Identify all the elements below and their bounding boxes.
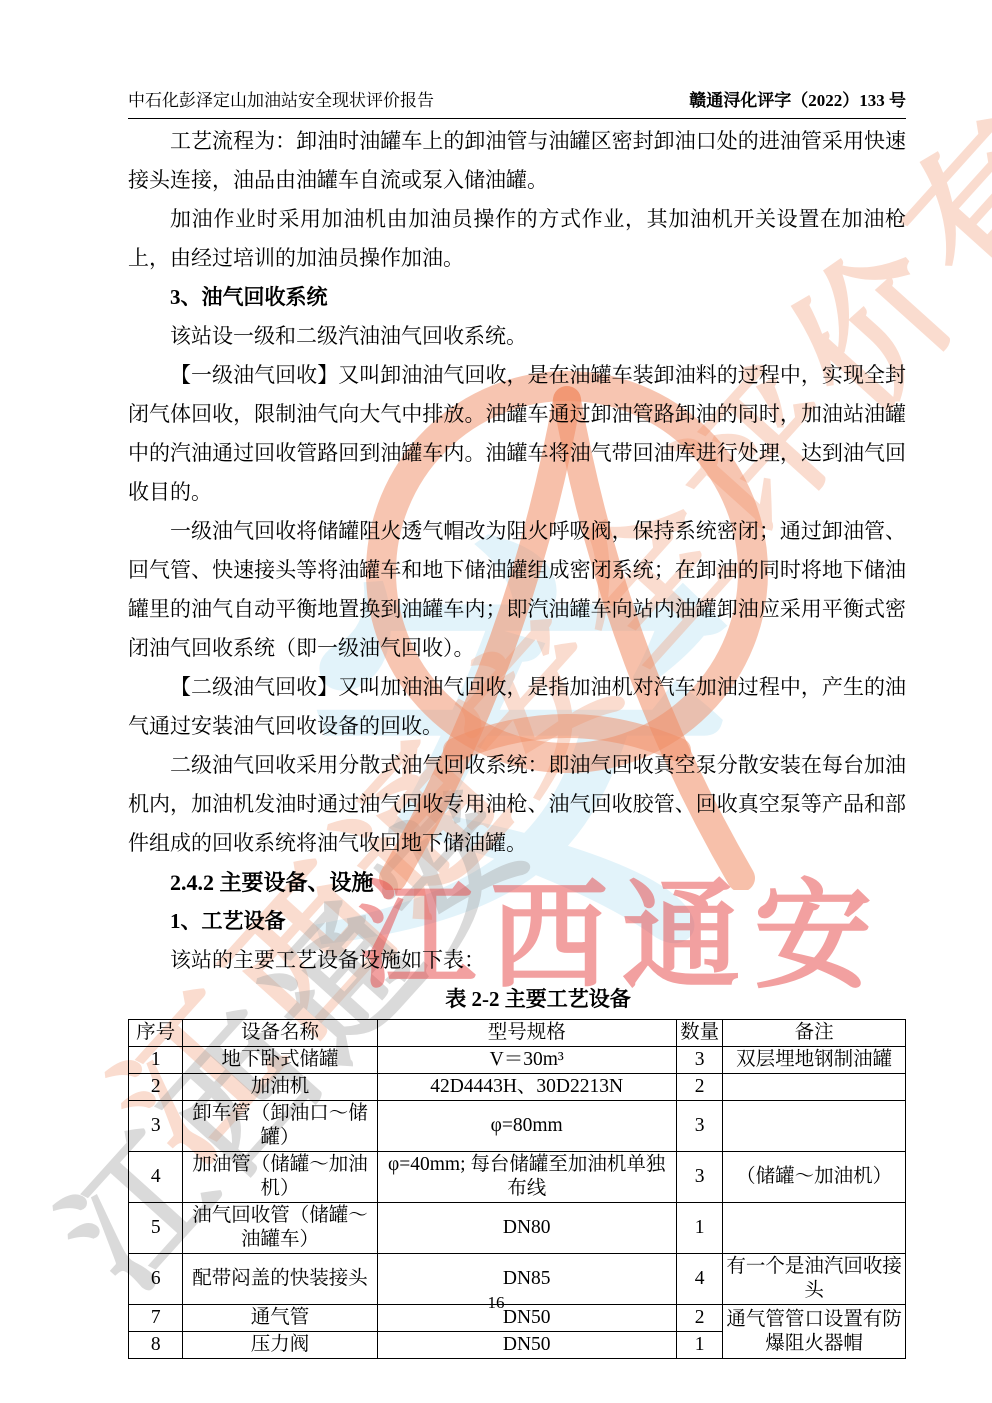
table-row: 2加油机42D4443H、30D2213N2 <box>129 1074 906 1101</box>
paragraph-table-intro: 该站的主要工艺设备设施如下表： <box>128 941 906 980</box>
table-cell-qty: 1 <box>676 1203 723 1254</box>
table-cell-spec: V＝30m³ <box>377 1047 676 1074</box>
table-row: 4加油管（储罐～加油机）φ=40mm; 每台储罐至加油机单独布线3（储罐～加油机… <box>129 1152 906 1203</box>
table-cell-qty: 1 <box>676 1332 723 1359</box>
table-title: 表 2-2 主要工艺设备 <box>128 980 906 1019</box>
table-header-cell: 设备名称 <box>183 1020 377 1047</box>
header-report-title: 中石化彭泽定山加油站安全现状评价报告 <box>128 86 434 111</box>
table-cell-qty: 3 <box>676 1047 723 1074</box>
paragraph-level2-details: 二级油气回收采用分散式油气回收系统：即油气回收真空泵分散安装在每台加油机内，加油… <box>128 746 906 863</box>
heading-vapor-recovery-system: 3、油气回收系统 <box>128 278 906 317</box>
table-cell-spec: DN80 <box>377 1203 676 1254</box>
table-header-cell: 数量 <box>676 1020 723 1047</box>
table-cell-no: 3 <box>129 1101 183 1152</box>
table-row: 1地下卧式储罐V＝30m³3双层埋地钢制油罐 <box>129 1047 906 1074</box>
table-cell-no: 5 <box>129 1203 183 1254</box>
paragraph-level2-recovery: 【二级油气回收】又叫加油油气回收，是指加油机对汽车加油过程中，产生的油气通过安装… <box>128 668 906 746</box>
table-cell-spec: φ=40mm; 每台储罐至加油机单独布线 <box>377 1152 676 1203</box>
paragraph-level1-details: 一级油气回收将储罐阻火透气帽改为阻火呼吸阀，保持系统密闭；通过卸油管、回气管、快… <box>128 512 906 668</box>
table-cell-name: 油气回收管（储罐～油罐车） <box>183 1203 377 1254</box>
table-cell-remark: （储罐～加油机） <box>723 1152 906 1203</box>
table-cell-remark <box>723 1074 906 1101</box>
table-cell-name: 加油管（储罐～加油机） <box>183 1152 377 1203</box>
table-cell-name: 压力阀 <box>183 1332 377 1359</box>
table-row: 3卸车管（卸油口～储罐）φ=80mm3 <box>129 1101 906 1152</box>
table-cell-no: 1 <box>129 1047 183 1074</box>
page-number: 16 <box>0 1293 992 1313</box>
table-header-cell: 序号 <box>129 1020 183 1047</box>
table-cell-spec: DN50 <box>377 1332 676 1359</box>
document-page: 安 江西通安全评价有限公司 江西通安 江西通安 中石化彭泽定山加油站安全现状评价… <box>0 0 992 1403</box>
table-cell-remark <box>723 1101 906 1152</box>
table-header-cell: 备注 <box>723 1020 906 1047</box>
table-header-cell: 型号规格 <box>377 1020 676 1047</box>
table-cell-remark <box>723 1203 906 1254</box>
paragraph-refueling-operation: 加油作业时采用加油机由加油员操作的方式作业，其加油机开关设置在加油枪上，由经过培… <box>128 200 906 278</box>
table-cell-qty: 2 <box>676 1074 723 1101</box>
table-header-row: 序号设备名称型号规格数量备注 <box>129 1020 906 1047</box>
table-cell-name: 地下卧式储罐 <box>183 1047 377 1074</box>
document-body: 工艺流程为：卸油时油罐车上的卸油管与油罐区密封卸油口处的进油管采用快速接头连接，… <box>128 122 906 1359</box>
paragraph-system-levels: 该站设一级和二级汽油油气回收系统。 <box>128 317 906 356</box>
table-cell-spec: φ=80mm <box>377 1101 676 1152</box>
page-header: 中石化彭泽定山加油站安全现状评价报告 赣通浔化评字（2022）133 号 <box>128 86 906 119</box>
table-cell-qty: 3 <box>676 1101 723 1152</box>
heading-main-equipment-section: 2.4.2 主要设备、设施 <box>128 863 906 902</box>
table-cell-no: 8 <box>129 1332 183 1359</box>
paragraph-level1-recovery: 【一级油气回收】又叫卸油油气回收，是在油罐车装卸油料的过程中，实现全封闭气体回收… <box>128 356 906 512</box>
table-cell-remark: 双层埋地钢制油罐 <box>723 1047 906 1074</box>
table-cell-name: 加油机 <box>183 1074 377 1101</box>
table-cell-spec: 42D4443H、30D2213N <box>377 1074 676 1101</box>
heading-process-equipment: 1、工艺设备 <box>128 902 906 941</box>
table-cell-no: 4 <box>129 1152 183 1203</box>
header-document-number: 赣通浔化评字（2022）133 号 <box>689 86 906 111</box>
table-cell-name: 卸车管（卸油口～储罐） <box>183 1101 377 1152</box>
table-row: 5油气回收管（储罐～油罐车）DN801 <box>129 1203 906 1254</box>
table-cell-no: 2 <box>129 1074 183 1101</box>
paragraph-process-flow: 工艺流程为：卸油时油罐车上的卸油管与油罐区密封卸油口处的进油管采用快速接头连接，… <box>128 122 906 200</box>
table-cell-qty: 3 <box>676 1152 723 1203</box>
